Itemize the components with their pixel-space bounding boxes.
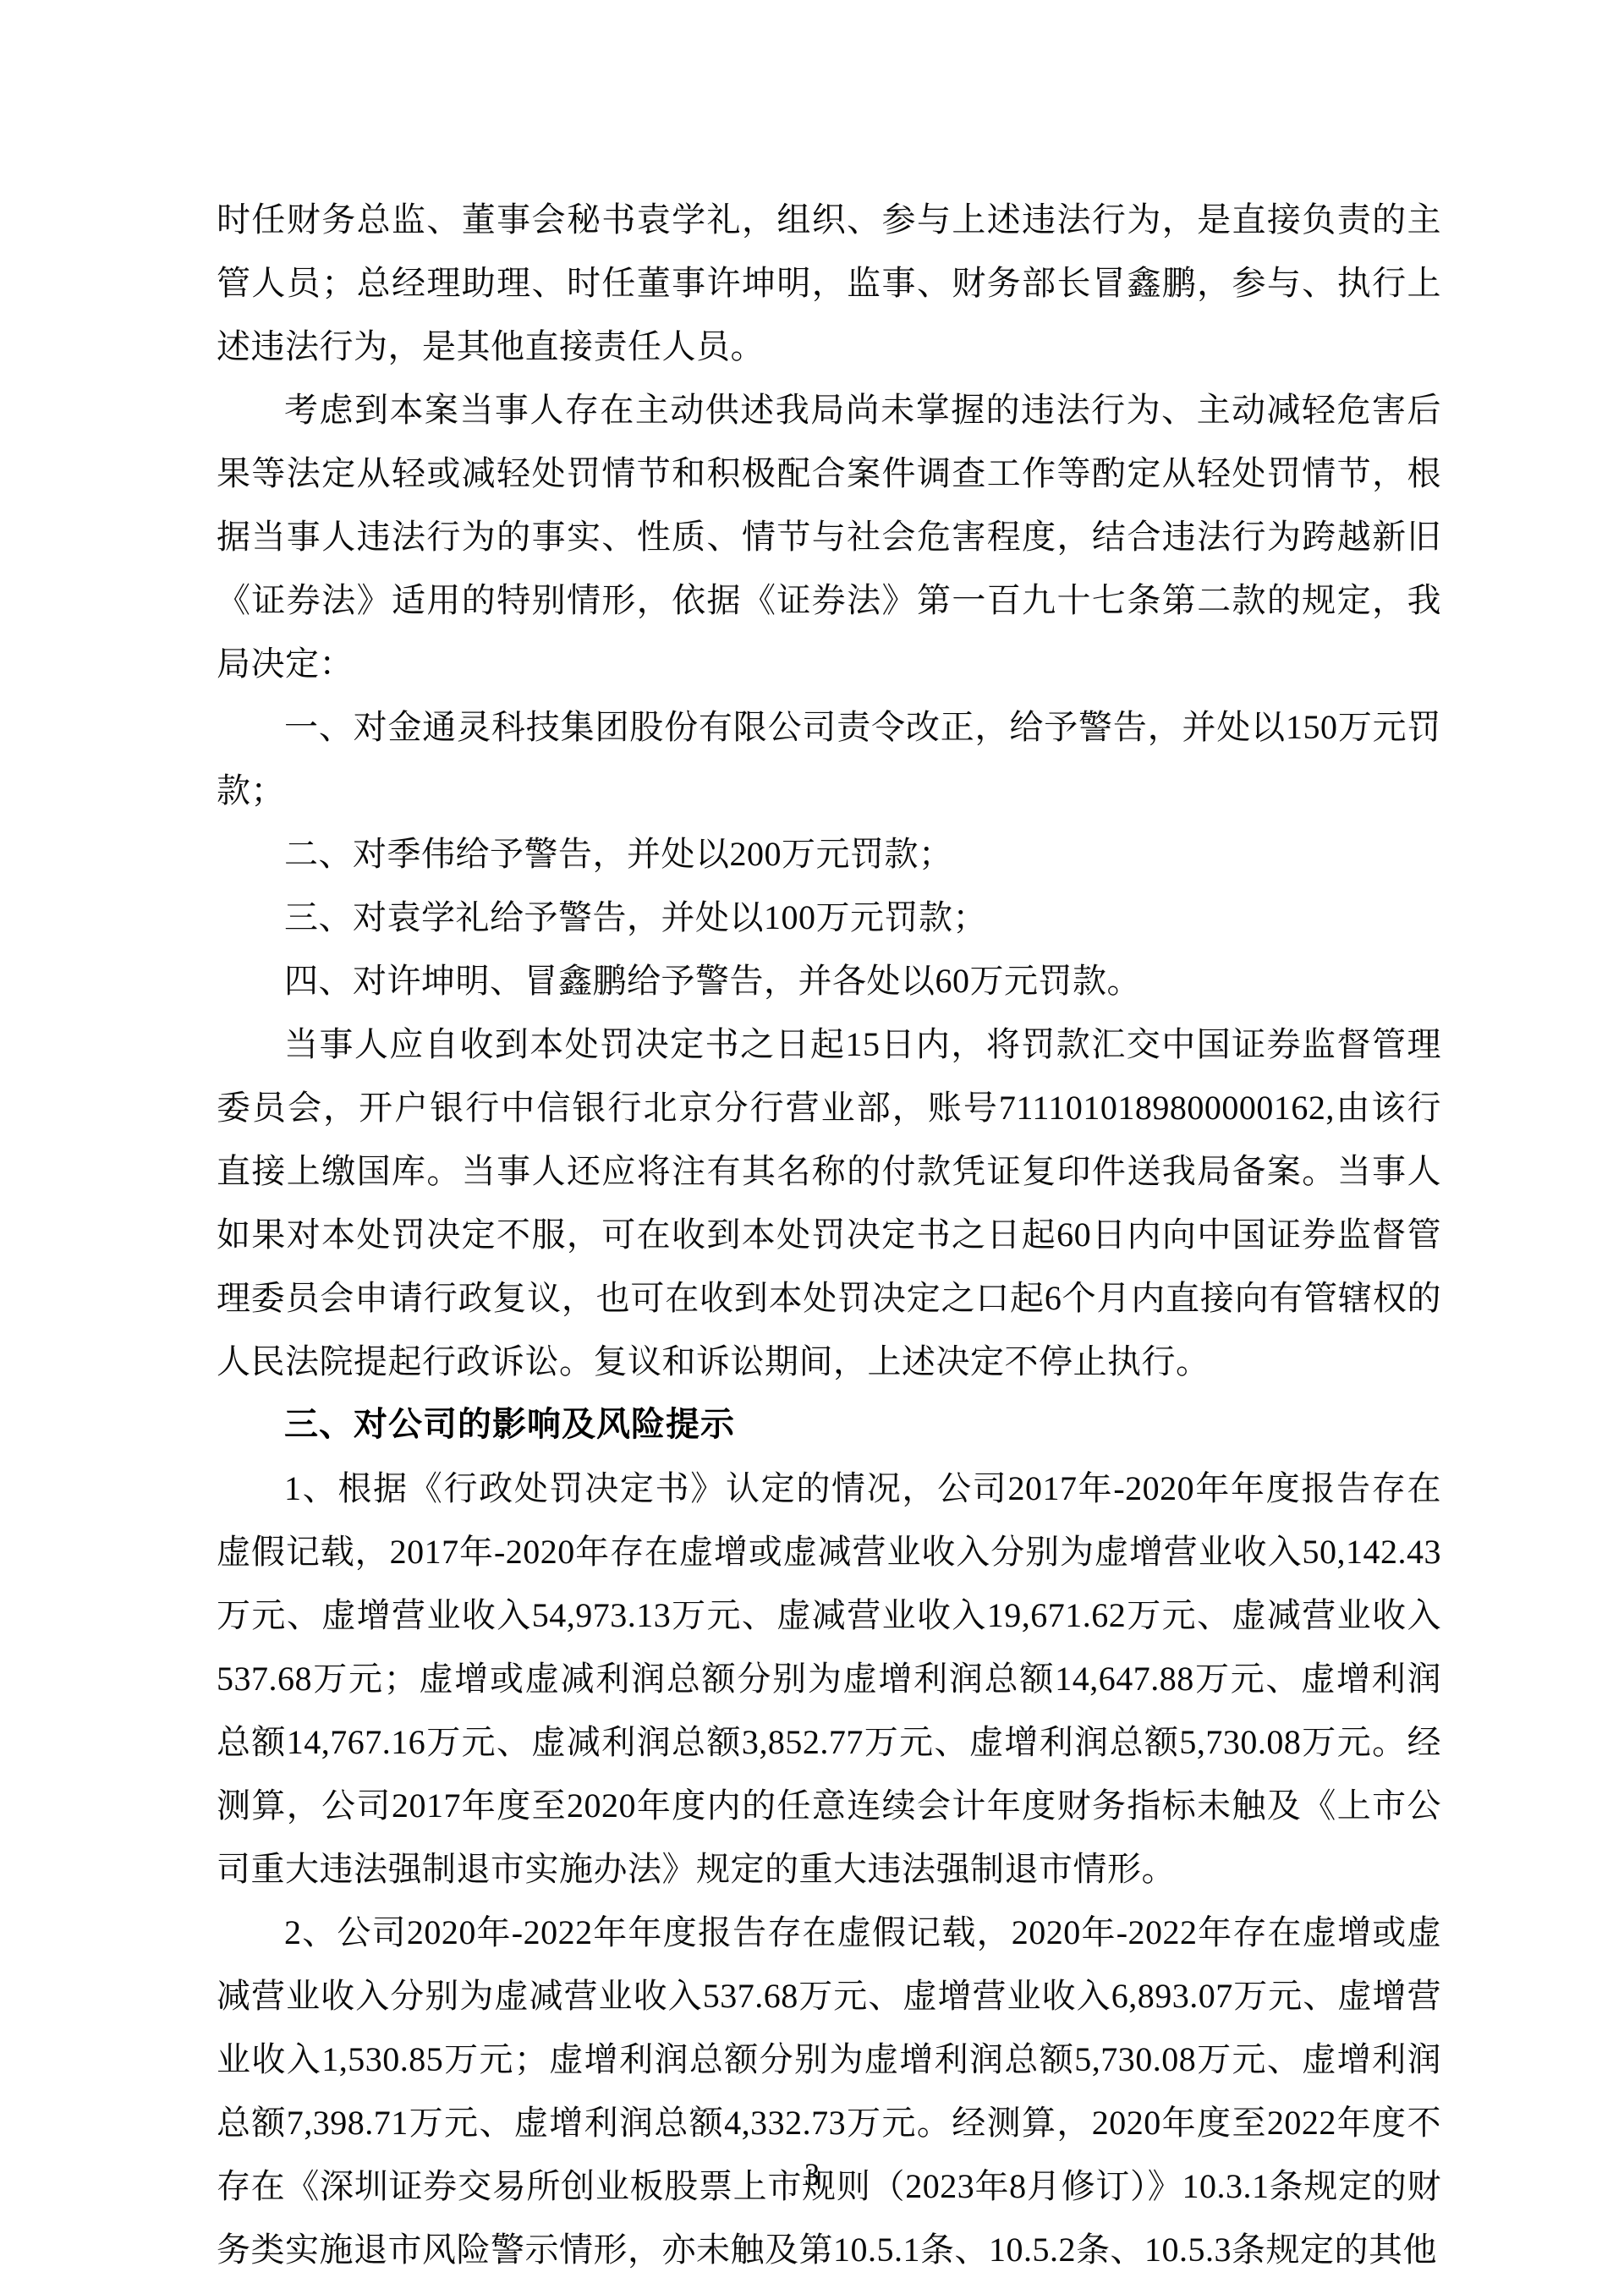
paragraph-impact-2017-2020: 1、根据《行政处罚决定书》认定的情况，公司2017年-2020年年度报告存在虚假… [217,1457,1441,1901]
decision-item-2: 二、对季伟给予警告，并处以200万元罚款； [217,822,1441,886]
paragraph-impact-2020-2022: 2、公司2020年-2022年年度报告存在虚假记载，2020年-2022年存在虚… [217,1901,1441,2281]
decision-item-3: 三、对袁学礼给予警告，并处以100万元罚款； [217,886,1441,949]
decision-item-4: 四、对许坤明、冒鑫鹏给予警告，并各处以60万元罚款。 [217,949,1441,1013]
paragraph-payment-and-appeal-instructions: 当事人应自收到本处罚决定书之日起15日内，将罚款汇交中国证券监督管理委员会，开户… [217,1013,1441,1393]
paragraph-responsible-persons: 时任财务总监、董事会秘书袁学礼，组织、参与上述违法行为，是直接负责的主管人员；总… [217,188,1441,378]
page-number: 3 [0,2157,1624,2194]
paragraph-penalty-considerations: 考虑到本案当事人存在主动供述我局尚未掌握的违法行为、主动减轻危害后果等法定从轻或… [217,378,1441,695]
document-page: 时任财务总监、董事会秘书袁学礼，组织、参与上述违法行为，是直接负责的主管人员；总… [0,0,1624,2294]
section-heading-company-impact-risk: 三、对公司的影响及风险提示 [217,1393,1441,1457]
document-text-block: 时任财务总监、董事会秘书袁学礼，组织、参与上述违法行为，是直接负责的主管人员；总… [217,188,1441,2281]
decision-item-1: 一、对金通灵科技集团股份有限公司责令改正，给予警告，并处以150万元罚款； [217,695,1441,822]
